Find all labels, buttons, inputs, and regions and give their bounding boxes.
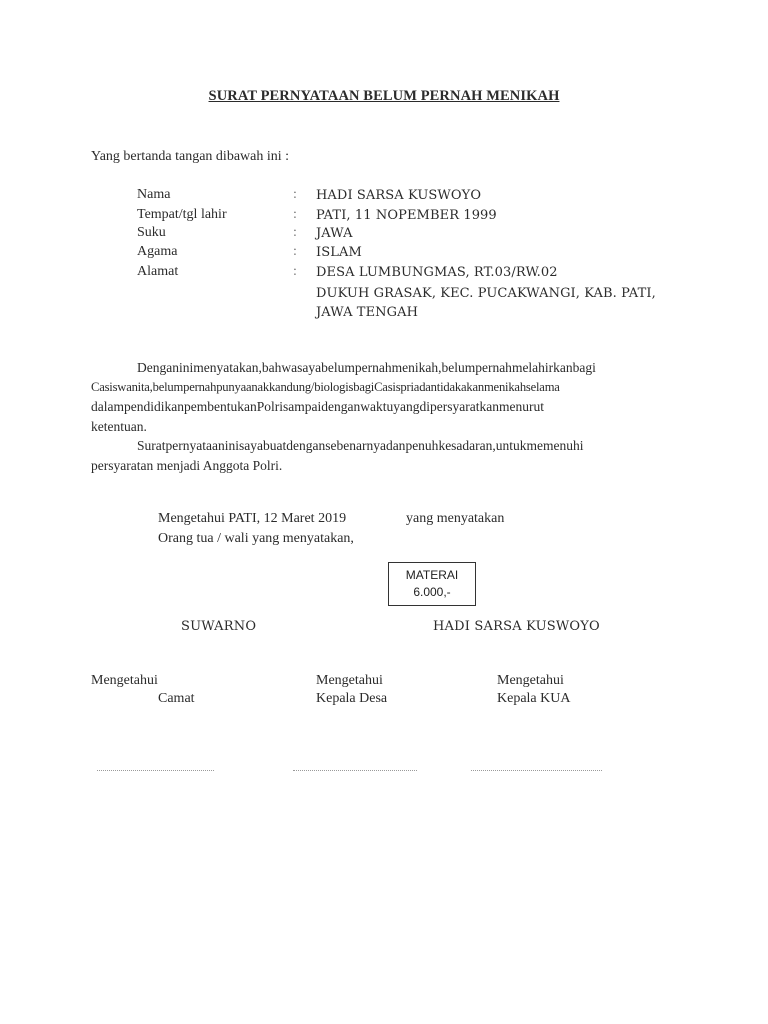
field-label-nama: Nama — [137, 187, 170, 203]
field-label-agama: Agama — [137, 244, 177, 260]
field-value-nama: HADI SARSA KUSWOYO — [316, 188, 481, 203]
field-colon: : — [293, 187, 297, 203]
acknowledger-heading-kepala-kua: Mengetahui — [497, 673, 564, 689]
acknowledger-role-kepala-desa: Kepala Desa — [316, 691, 387, 707]
paragraph-line: Denganinimenyatakan,bahwasayabelumpernah… — [91, 358, 689, 378]
revenue-stamp-box: MATERAI 6.000,- — [388, 562, 476, 606]
place-date: Mengetahui PATI, 12 Maret 2019 — [158, 511, 346, 527]
field-label-alamat: Alamat — [137, 264, 178, 280]
declarant-label: yang menyatakan — [406, 511, 504, 527]
signature-line-kepala-desa — [293, 770, 417, 772]
document-title: SURAT PERNYATAAN BELUM PERNAH MENIKAH — [0, 88, 768, 105]
field-value-tempat-tgl-lahir: PATI, 11 NOPEMBER 1999 — [316, 208, 497, 223]
field-label-suku: Suku — [137, 225, 166, 241]
declarant-name: HADI SARSA KUSWOYO — [433, 619, 600, 634]
paragraph-line: ketentuan. — [91, 417, 689, 437]
stamp-value: 6.000,- — [389, 584, 475, 601]
acknowledger-heading-kepala-desa: Mengetahui — [316, 673, 383, 689]
purpose-paragraph: Suratpernyataaninisayabuatdengansebenarn… — [91, 436, 689, 475]
paragraph-line: Suratpernyataaninisayabuatdengansebenarn… — [91, 436, 689, 456]
field-colon: : — [293, 225, 297, 241]
signature-line-kepala-kua — [471, 770, 602, 772]
signature-line-camat — [97, 770, 214, 772]
guardian-label: Orang tua / wali yang menyatakan, — [158, 531, 354, 547]
field-colon: : — [293, 207, 297, 223]
field-value-alamat: DESA LUMBUNGMAS, RT.03/RW.02 — [316, 265, 558, 280]
statement-paragraph: Denganinimenyatakan,bahwasayabelumpernah… — [91, 358, 689, 436]
field-label-tempat-tgl-lahir: Tempat/tgl lahir — [137, 207, 227, 223]
acknowledger-role-kepala-kua: Kepala KUA — [497, 691, 570, 707]
field-colon: : — [293, 264, 297, 280]
paragraph-line: Casiswanita,belumpernahpunyaanakkandung/… — [91, 378, 689, 398]
acknowledger-role-camat: Camat — [158, 691, 195, 707]
field-value-suku: JAWA — [316, 226, 353, 241]
address-line-2: DUKUH GRASAK, KEC. PUCAKWANGI, KAB. PATI… — [316, 286, 656, 301]
paragraph-line: dalampendidikanpembentukanPolrisampaiden… — [91, 397, 689, 417]
field-colon: : — [293, 244, 297, 260]
address-line-3: JAWA TENGAH — [316, 305, 418, 320]
intro-text: Yang bertanda tangan dibawah ini : — [91, 149, 289, 165]
stamp-label: MATERAI — [389, 567, 475, 584]
field-value-agama: ISLAM — [316, 245, 362, 260]
acknowledger-heading-camat: Mengetahui — [91, 673, 158, 689]
paragraph-line: persyaratan menjadi Anggota Polri. — [91, 456, 689, 476]
guardian-name: SUWARNO — [181, 619, 256, 634]
